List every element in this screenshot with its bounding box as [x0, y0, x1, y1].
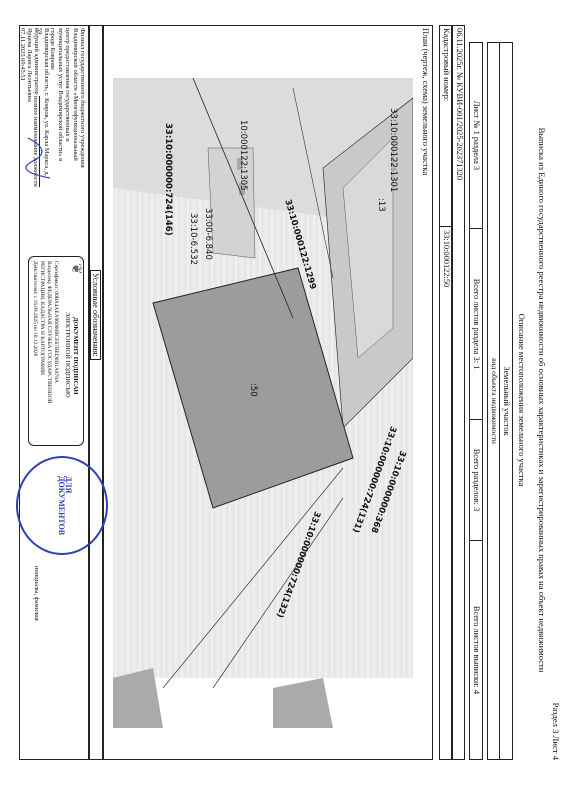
- e-signature-validity: Действителен: с 16.09.2025 по 10.12.2026: [31, 261, 38, 356]
- map-drawing: [113, 28, 413, 728]
- total-sheets-section: Всего листов раздела 3: 1: [472, 229, 481, 419]
- official-stamp: ДЛЯ ДОКУМЕНТОВ: [16, 456, 108, 555]
- map-label-1301: 33:10:000122:1301: [388, 108, 398, 192]
- eagle-emblem-icon: ❦: [72, 263, 79, 275]
- signature-position: ведущий администратор: [33, 28, 40, 95]
- e-signature-subtitle: ЭЛЕКТРОННОЙ ПОДПИСЬЮ: [64, 312, 71, 398]
- cadastral-number: 33:10:000122:50: [442, 230, 451, 287]
- cadastral-row: Кадастровый номер: 33:10:000122:50: [439, 25, 452, 760]
- map-label-50: :50: [248, 383, 258, 397]
- legend-box: Условные обозначения:: [89, 25, 103, 760]
- object-type-box: Земельный участок вид объекта недвижимос…: [487, 42, 513, 760]
- total-sheets-extract: Всего листов выписки: 4: [472, 541, 481, 759]
- e-signature-box: ❦ ДОКУМЕНТ ПОДПИСАН ЭЛЕКТРОННОЙ ПОДПИСЬЮ…: [28, 256, 84, 446]
- stamp-center-text: ДЛЯ ДОКУМЕНТОВ: [57, 476, 72, 553]
- fio-caption: инициалы, фамилия: [33, 566, 40, 621]
- doc-ref-row: 06.11.2025г. № КУВИ-001/2025-202371320: [452, 25, 465, 760]
- cadastral-label: Кадастровый номер:: [442, 28, 451, 101]
- e-signature-certificate: Сертификат: 00ВА4АЕА96000ВСЕ67ВЕD6D1А878…: [52, 261, 59, 383]
- section-sheet-label: Раздел 3 Лист 4: [551, 20, 561, 760]
- map-label-6532: 33:10-6.532: [188, 213, 198, 265]
- object-type-caption: вид объекта недвижимости: [490, 43, 499, 759]
- e-signature-owner2: РЕГИСТРАЦИИ, КАДАСТРА И КАРТОГРАФИИ: [38, 261, 45, 375]
- signature-name: Ярцева Лариса Леонтьевна: [26, 28, 33, 102]
- object-type-value: Земельный участок: [502, 43, 511, 759]
- map-label-13: :13: [376, 198, 386, 212]
- sheet-of-section: Лист № 1 раздела 3: [472, 43, 481, 228]
- total-sections: Всего разделов: 3: [472, 420, 481, 540]
- map-label-1305: 10:000122:1305: [238, 120, 248, 191]
- e-signature-title: ДОКУМЕНТ ПОДПИСАН: [72, 317, 79, 395]
- handwritten-signature: [20, 136, 58, 181]
- cadastral-map: 33:10:000122:1301 :13 10:000122:1305 33:…: [113, 28, 413, 728]
- signature-block: Филиал государственного бюджетного учреж…: [19, 25, 89, 760]
- extract-page: Раздел 3 Лист 4 Выписка из Единого госуд…: [0, 20, 565, 780]
- plan-title: План (чертеж, схема) земельного участка: [421, 28, 430, 175]
- map-label-724-146: 33:10:000000:724(146): [163, 123, 173, 236]
- doc-reference: 06.11.2025г. № КУВИ-001/2025-202371320: [455, 28, 464, 180]
- map-label-6840: 33:00-6.840: [203, 208, 213, 260]
- e-signature-owner: Владелец: ФЕДЕРАЛЬНАЯ СЛУЖБА ГОСУДАРСТВЕ…: [45, 261, 52, 404]
- legend-label: Условные обозначения:: [90, 270, 101, 360]
- document-title: Выписка из Единого государственного реес…: [537, 20, 547, 780]
- document-subtitle: Описание местоположения земельного участ…: [517, 20, 527, 780]
- counters-row: Лист № 1 раздела 3 Всего листов раздела …: [469, 42, 483, 760]
- signature-datetime: 07.11.2025 09:45:51: [19, 28, 26, 81]
